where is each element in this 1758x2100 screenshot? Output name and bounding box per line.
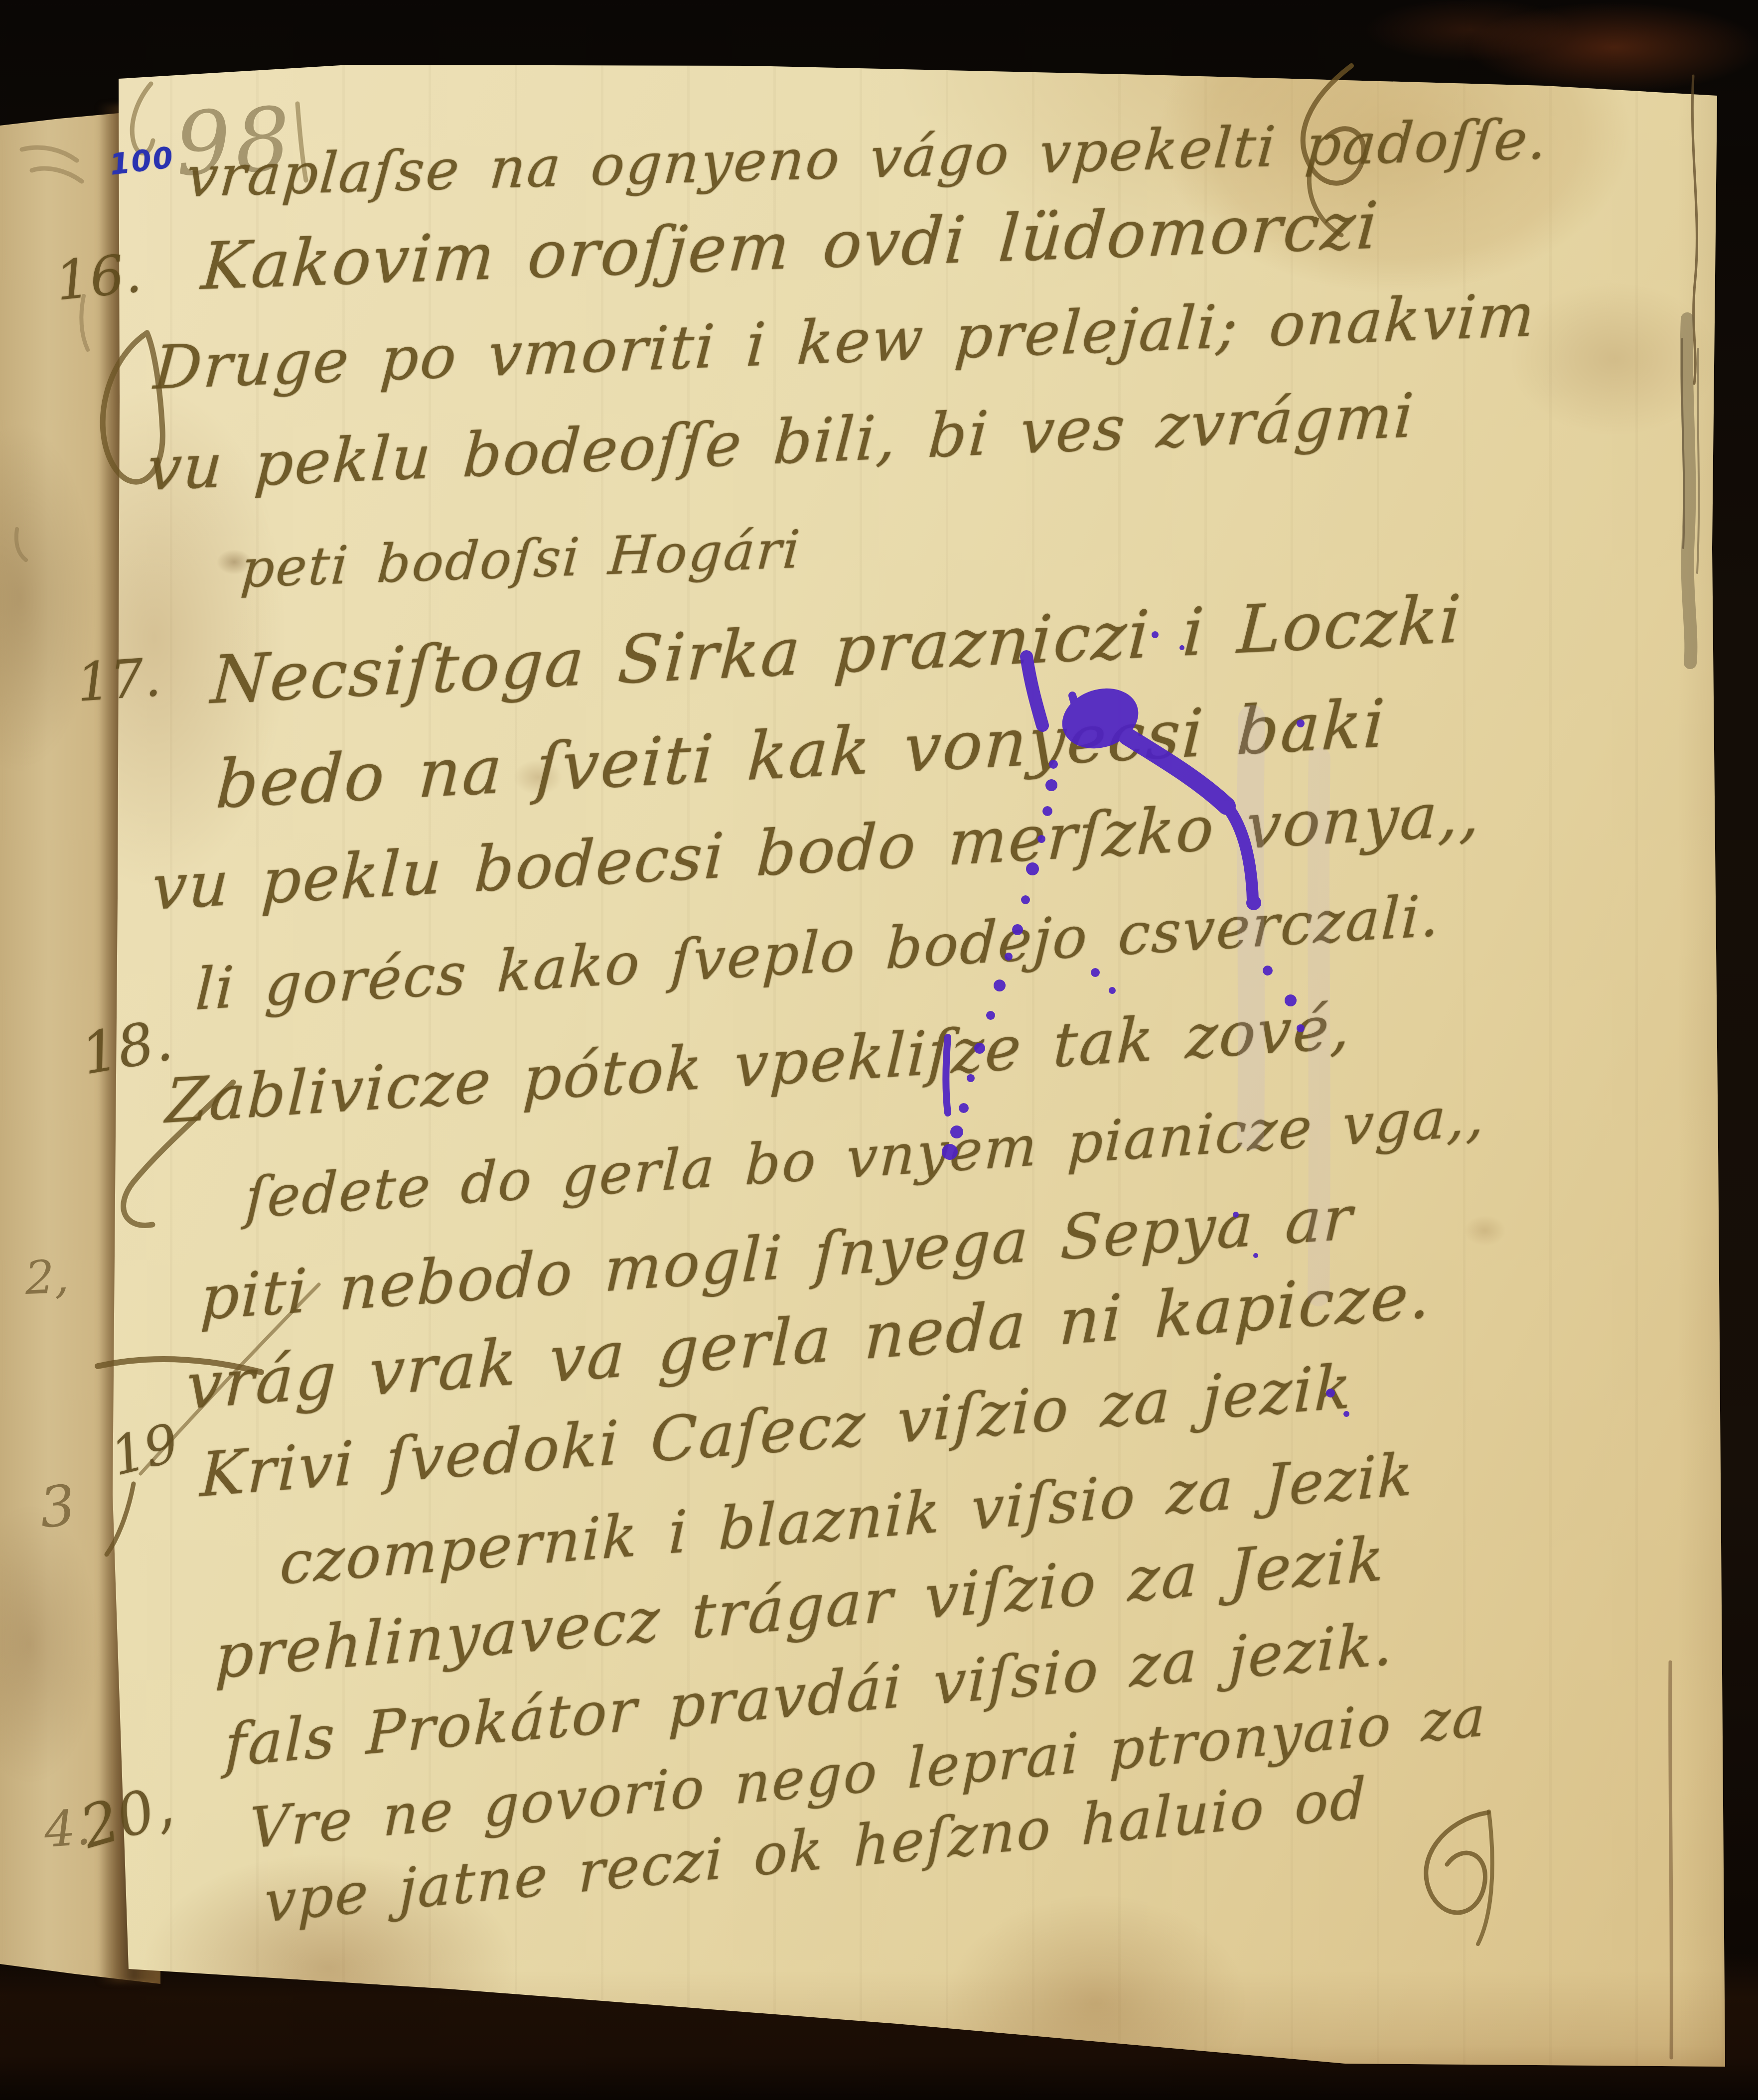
manuscript-photo: 98 100 2, 3 4. 16. 17. 18. 19 20, vrapla… [0, 0, 1758, 2100]
margin-number-16: 16. [53, 247, 144, 309]
folio-number-stamp: 100 [108, 142, 176, 179]
edge-number-3: 3 [37, 1477, 78, 1537]
edge-number-2: 2, [24, 1254, 70, 1301]
margin-number-18: 18. [77, 1011, 176, 1083]
margin-number-17: 17. [75, 651, 163, 709]
margin-number-19: 19 [106, 1416, 184, 1484]
